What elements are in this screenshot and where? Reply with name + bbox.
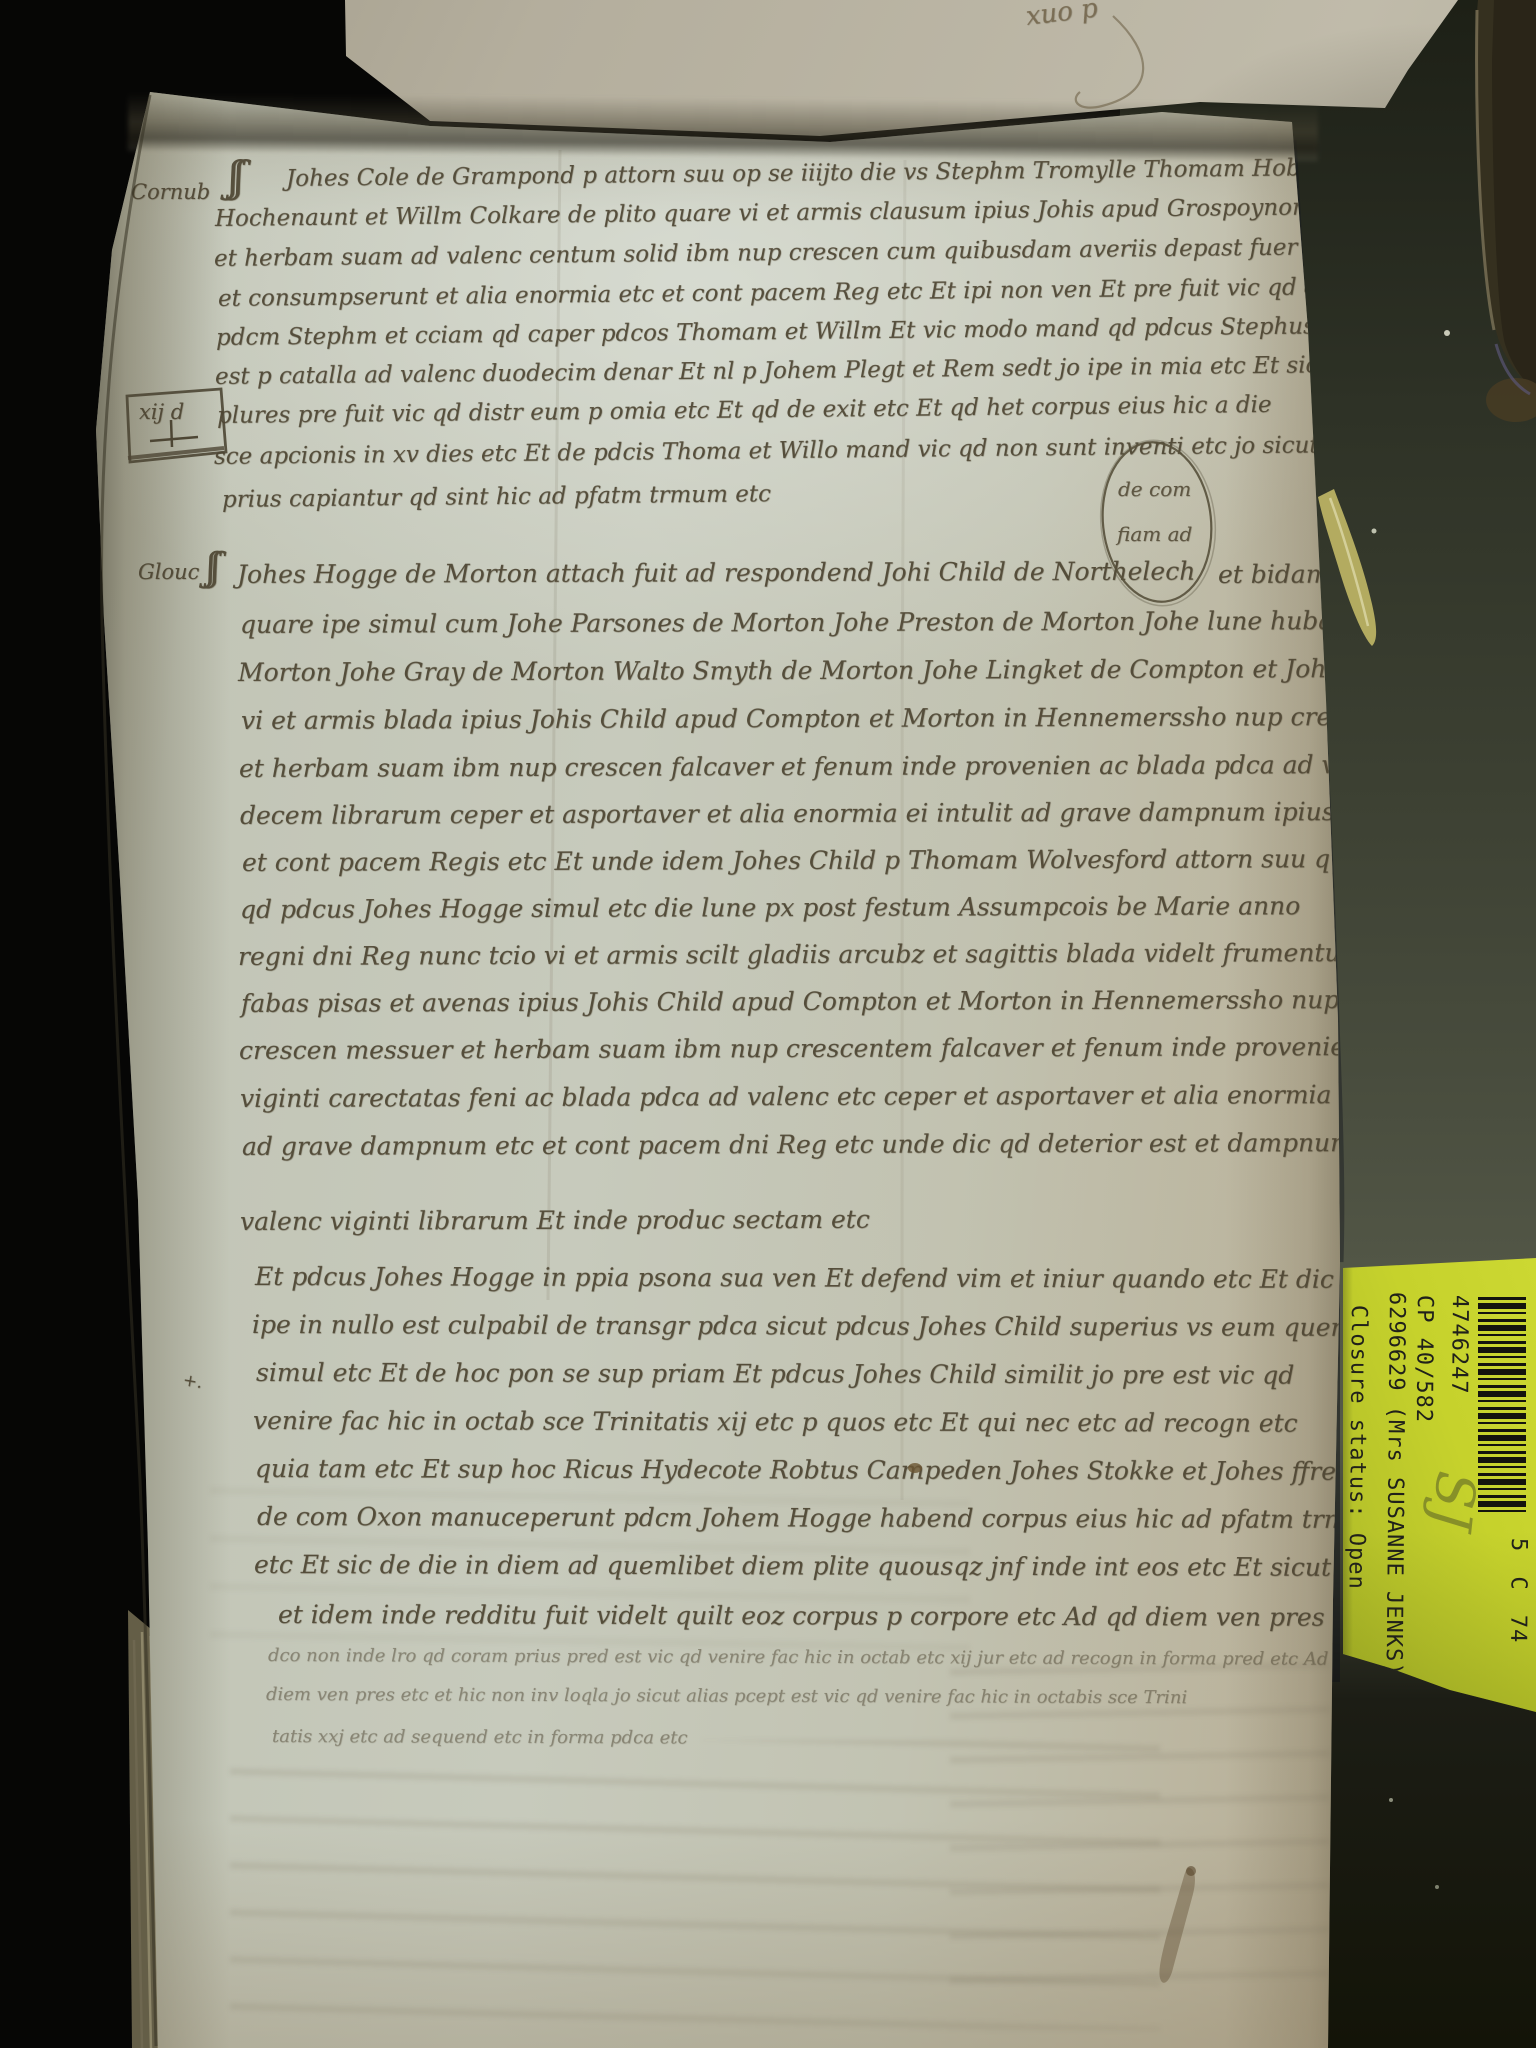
circled-marginal-oval (1095, 437, 1219, 607)
amercement-inner-mark-h (150, 437, 198, 441)
page-vertical-crease (548, 150, 560, 1300)
label-edge-text: 5 C 74 (1505, 1538, 1531, 1644)
page-vertical-crease (901, 160, 905, 1500)
amercement-inner-mark-v (171, 420, 172, 447)
label-item-number: 4746247 (1446, 1295, 1472, 1395)
circled-marginal-oval-double (1093, 434, 1224, 611)
ink-speck (908, 1463, 922, 1473)
manuscript-photo: xuo p Cornub ʃʃ xij d Glouc ʃʃ de com fi… (0, 0, 1536, 2048)
ink-smudge-head (1186, 1866, 1196, 1876)
archive-label: 4746247 CP 40/582 6296629 (Mrs SUSANNE J… (1337, 1252, 1536, 1717)
verso-flourish (1076, 16, 1143, 108)
label-closure-status: Closure status: Open (1344, 1305, 1371, 1590)
label-reference: CP 40/582 (1411, 1295, 1437, 1423)
label-order-number: 6296629 (Mrs SUSANNE JENKS) (1381, 1292, 1409, 1677)
ink-shapes (0, 0, 1536, 2048)
page-left-edge-line (101, 95, 156, 2046)
ink-smudge (1159, 1868, 1195, 1983)
handwritten-initials: SJ (1419, 1468, 1488, 1533)
